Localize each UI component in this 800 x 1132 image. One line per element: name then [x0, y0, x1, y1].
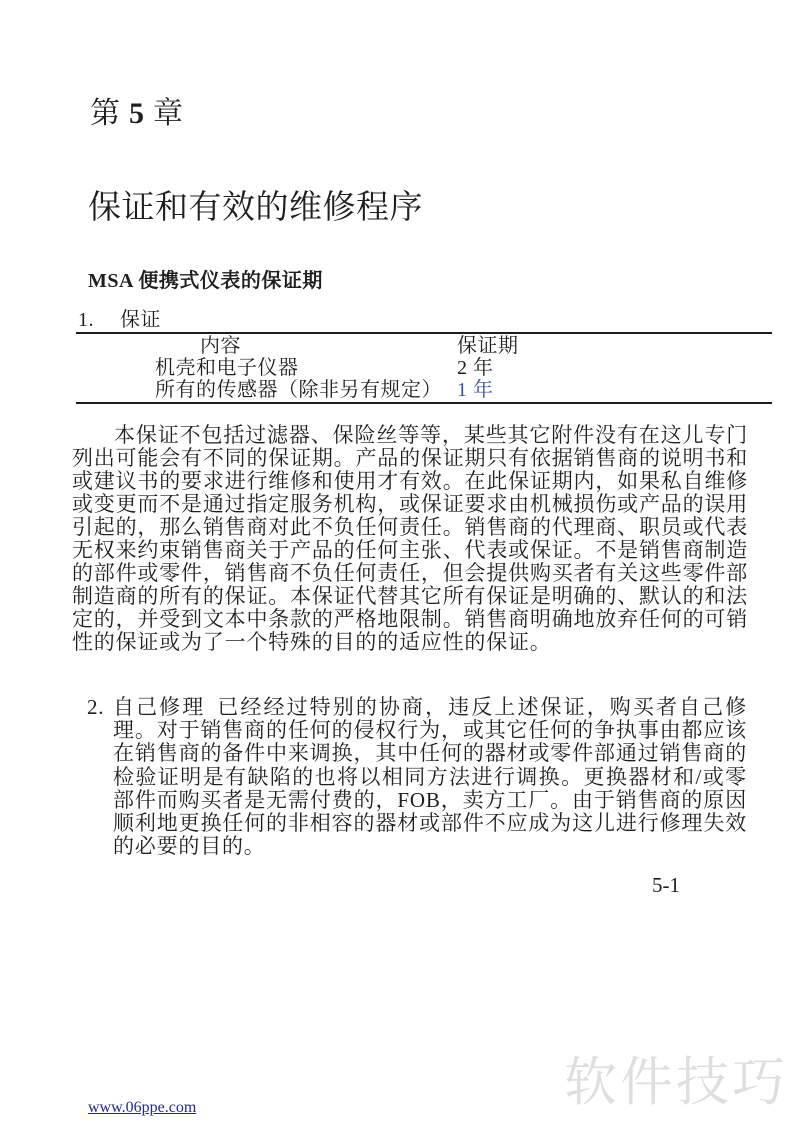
table-cell-content: 机壳和电子仪器 — [76, 357, 455, 379]
table-row: 机壳和电子仪器 2 年 — [76, 357, 772, 379]
item-2-label: 自己修理 — [113, 695, 205, 719]
self-repair-item: 2. 自己修理已经经过特别的协商，违反上述保证，购买者自己修理。对于销售商的任何… — [87, 696, 747, 858]
item-2-number: 2. — [87, 696, 113, 858]
table-row: 所有的传感器（除非另有规定） 1 年 — [76, 379, 772, 401]
item-2-paragraph: 已经经过特别的协商，违反上述保证，购买者自己修理。对于销售商的任何的侵权行为，或… — [113, 695, 747, 858]
section-1-heading: 1.保证 — [76, 309, 772, 334]
self-repair-text: 自己修理已经经过特别的协商，违反上述保证，购买者自己修理。对于销售商的任何的侵权… — [113, 696, 747, 858]
table-cell-content: 所有的传感器（除非另有规定） — [76, 379, 455, 401]
table-header-content: 内容 — [76, 335, 455, 357]
section-1-number: 1. — [78, 309, 94, 331]
section-1-label: 保证 — [120, 309, 161, 331]
warranty-table: 内容 保证期 机壳和电子仪器 2 年 所有的传感器（除非另有规定） 1 年 — [76, 335, 772, 404]
chapter-suffix: 章 — [153, 97, 184, 130]
document-page: 第5章 保证和有效的维修程序 MSA 便携式仪表的保证期 1.保证 内容 保证期… — [0, 0, 800, 1132]
page-title: 保证和有效的维修程序 — [88, 181, 423, 228]
table-header-period: 保证期 — [455, 335, 519, 357]
table-header-row: 内容 保证期 — [76, 335, 772, 357]
watermark-text: 软件技巧 — [564, 1040, 788, 1116]
chapter-prefix: 第 — [90, 97, 121, 130]
warranty-paragraph: 本保证不包括过滤器、保险丝等等，某些其它附件没有在这儿专门列出可能会有不同的保证… — [72, 424, 748, 654]
page-number: 5-1 — [652, 873, 680, 898]
chapter-title: 第5章 — [90, 88, 184, 132]
footer-link[interactable]: www.06ppe.com — [88, 1099, 196, 1117]
table-cell-period-highlighted: 1 年 — [455, 379, 494, 401]
table-cell-period: 2 年 — [455, 357, 494, 379]
chapter-number: 5 — [129, 97, 145, 130]
section-subtitle: MSA 便携式仪表的保证期 — [88, 264, 323, 293]
